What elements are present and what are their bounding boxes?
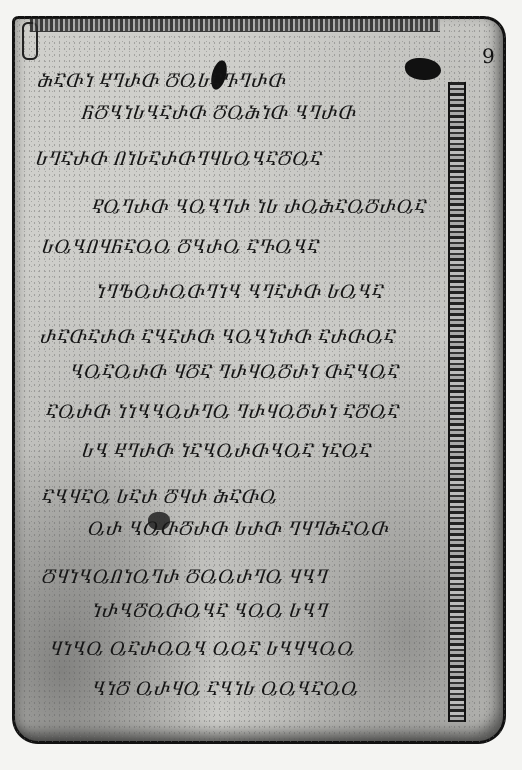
manuscript-line: ႨႰႡႣႭႧႭႡႠ ႡႭႭ ႱႡႤ xyxy=(91,602,329,621)
manuscript-line: ႨႤႪႭႰႭႧႤႨႡ ႡႤႠႰႧ ႱႭႡႠ xyxy=(95,283,385,302)
manuscript-line: ႣႷႨႡႭႶႨႭႤႰ ႣႭႭႰႤႭ ႷႡႤ xyxy=(41,568,329,587)
manuscript-line: ႱႤႠႰႧ ႶႨႱႠႰႧႤႷႱႭႡႠႣႭႠ xyxy=(35,150,323,169)
manuscript-line: ႭႰ ႡႭႧႣႰႧ ႱႰႧ ႤႷႤႫႠႭႧ xyxy=(87,520,390,539)
ink-blot xyxy=(405,58,441,80)
manuscript-line: ႬႣႡႨႱႡႠႰႧ ႣႭႫႨႧ ႡႤႰႧ xyxy=(81,104,358,123)
manuscript-line: ႲႭႤႰႧ ႡႭႡႤႰ ႨႱ ႰႭႫႠႭႣႰႭႠ xyxy=(91,198,428,217)
manuscript-line: ႱႭႡႶႷႬႠႭႭ ႣႡႰႭ ႠႥႭႡႠ xyxy=(41,238,321,257)
manuscript-line: ႷႨႡႭ ႭႠႰႭႭႡ ႭႭႠ ႱႡႷႡႭႭ xyxy=(49,640,356,659)
manuscript-line: ႱႡ ႾႤႰႧ ႨႠႡႭႰႧႡႭႠ ႨႠႭႠ xyxy=(81,442,373,461)
page-number: 9 xyxy=(482,44,495,68)
manuscript-line: ႰႠႧႠႰႧ ႠႡႠႰႧ ႡႭႡႨႰႧ ႠႰႧႭႠ xyxy=(39,328,397,347)
manuscript-line: ႠႭႰႧ ႨႨႡႡႭႰႤႭ ႤႰႷႭႣႰႨ ႠႣႭႠ xyxy=(45,403,401,422)
manuscript-line: ႫႠႧႨ ႾႤႰႧ ႣႭႱႠႥႤႰႧ xyxy=(37,72,288,91)
manuscript-line: ႠႡႷႠႭ ႱႠႰ ႣႷႰ ႫႠႧႭ xyxy=(41,488,279,507)
right-ornamental-border xyxy=(448,82,466,722)
manuscript-line: ႡႨႣ ႭႰႷႭ ႠႡႨႱ ႭႭႡႠႭႭ xyxy=(91,680,360,699)
manuscript-line: ႡႭႠႭႰႧ ႷႣႠ ႤႰႷႭႣႰႨ ႧႠႡႭႠ xyxy=(69,363,401,382)
top-ornamental-border xyxy=(30,18,440,32)
